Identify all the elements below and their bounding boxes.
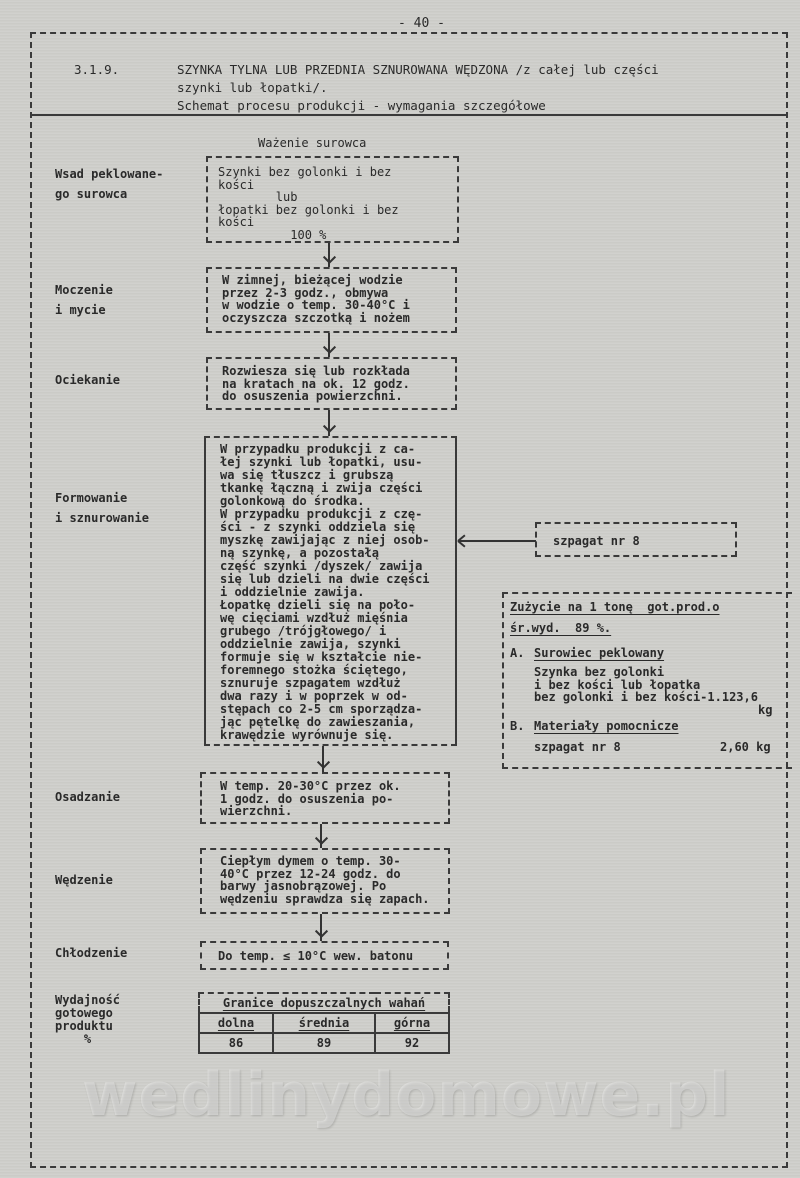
step-box-forming: W przypadku produkcji z ca- łej szynki l… (204, 436, 457, 746)
step-text-smoking: Ciepłym dymem o temp. 30- 40°C przez 12-… (220, 855, 430, 905)
yield-value-average: 89 (273, 1033, 375, 1053)
page-number: - 40 - (398, 16, 445, 31)
section-a-text: Szynka bez golonki i bez kości lub łopat… (534, 666, 758, 704)
section-b-marker: B. (510, 719, 524, 733)
section-a-unit: kg (758, 703, 772, 717)
input-connector-line (458, 540, 536, 542)
document-subtitle: Schemat procesu produkcji - wymagania sz… (177, 96, 546, 116)
step-box-charge: Szynki bez golonki i bez kości lub łopat… (206, 156, 459, 243)
step-label-settling: Osadzanie (55, 787, 120, 807)
step-box-draining: Rozwiesza się lub rozkłada na kratach na… (206, 357, 457, 410)
step-label-draining: Ociekanie (55, 370, 120, 390)
step-box-cooling: Do temp. ≤ 10°C wew. batonu (200, 941, 449, 970)
step-text-settling: W temp. 20-30°C przez ok. 1 godz. do osu… (220, 780, 401, 818)
top-caption: Ważenie surowca (258, 136, 366, 150)
section-a-title: Surowiec peklowany (534, 646, 664, 660)
yield-col-upper: górna (375, 1013, 449, 1033)
step-box-settling: W temp. 20-30°C przez ok. 1 godz. do osu… (200, 772, 450, 824)
consumption-box: Zużycie na 1 tonę got.prod.o śr.wyd. 89 … (502, 592, 792, 769)
yield-table: Granice dopuszczalnych wahań dolna średn… (198, 992, 450, 1054)
step-label-charge: Wsad peklowane- go surowca (55, 164, 163, 204)
step-text-cooling: Do temp. ≤ 10°C wew. batonu (218, 950, 413, 963)
watermark: wedlinydomowe.pl (82, 1060, 730, 1130)
yield-value-lower: 86 (199, 1033, 273, 1053)
side-input-box: szpagat nr 8 (535, 522, 737, 557)
document-title-line1: SZYNKA TYLNA LUB PRZEDNIA SZNUROWANA WĘD… (177, 60, 659, 80)
step-box-smoking: Ciepłym dymem o temp. 30- 40°C przez 12-… (200, 848, 450, 914)
step-box-soaking: W zimnej, bieżącej wodzie przez 2-3 godz… (206, 267, 457, 333)
section-number: 3.1.9. (74, 60, 119, 80)
step-label-forming: Formowanie i sznurowanie (55, 488, 149, 528)
step-text-soaking: W zimnej, bieżącej wodzie przez 2-3 godz… (222, 274, 410, 324)
yield-value-upper: 92 (375, 1033, 449, 1053)
consumption-title-line2: śr.wyd. 89 %. (510, 621, 611, 635)
section-b-item: szpagat nr 8 (534, 740, 621, 754)
yield-col-average: średnia (273, 1013, 375, 1033)
step-label-soaking: Moczenie i mycie (55, 280, 113, 320)
yield-col-lower: dolna (199, 1013, 273, 1033)
side-input-text: szpagat nr 8 (553, 534, 640, 548)
yield-label: Wydajność gotowego produktu % (55, 994, 120, 1046)
consumption-title-line1: Zużycie na 1 tonę got.prod.o (510, 600, 720, 614)
section-b-title: Materiały pomocnicze (534, 719, 679, 733)
section-a-marker: A. (510, 646, 524, 660)
section-b-value: 2,60 kg (720, 740, 771, 754)
step-text-draining: Rozwiesza się lub rozkłada na kratach na… (222, 365, 410, 403)
step-label-cooling: Chłodzenie (55, 943, 127, 963)
step-text-charge: Szynki bez golonki i bez kości lub łopat… (218, 166, 399, 241)
yield-table-header: Granice dopuszczalnych wahań (199, 993, 449, 1013)
step-label-smoking: Wędzenie (55, 870, 113, 890)
step-text-forming: W przypadku produkcji z ca- łej szynki l… (220, 443, 430, 742)
document-title-line2: szynki lub łopatki/. (177, 78, 328, 98)
